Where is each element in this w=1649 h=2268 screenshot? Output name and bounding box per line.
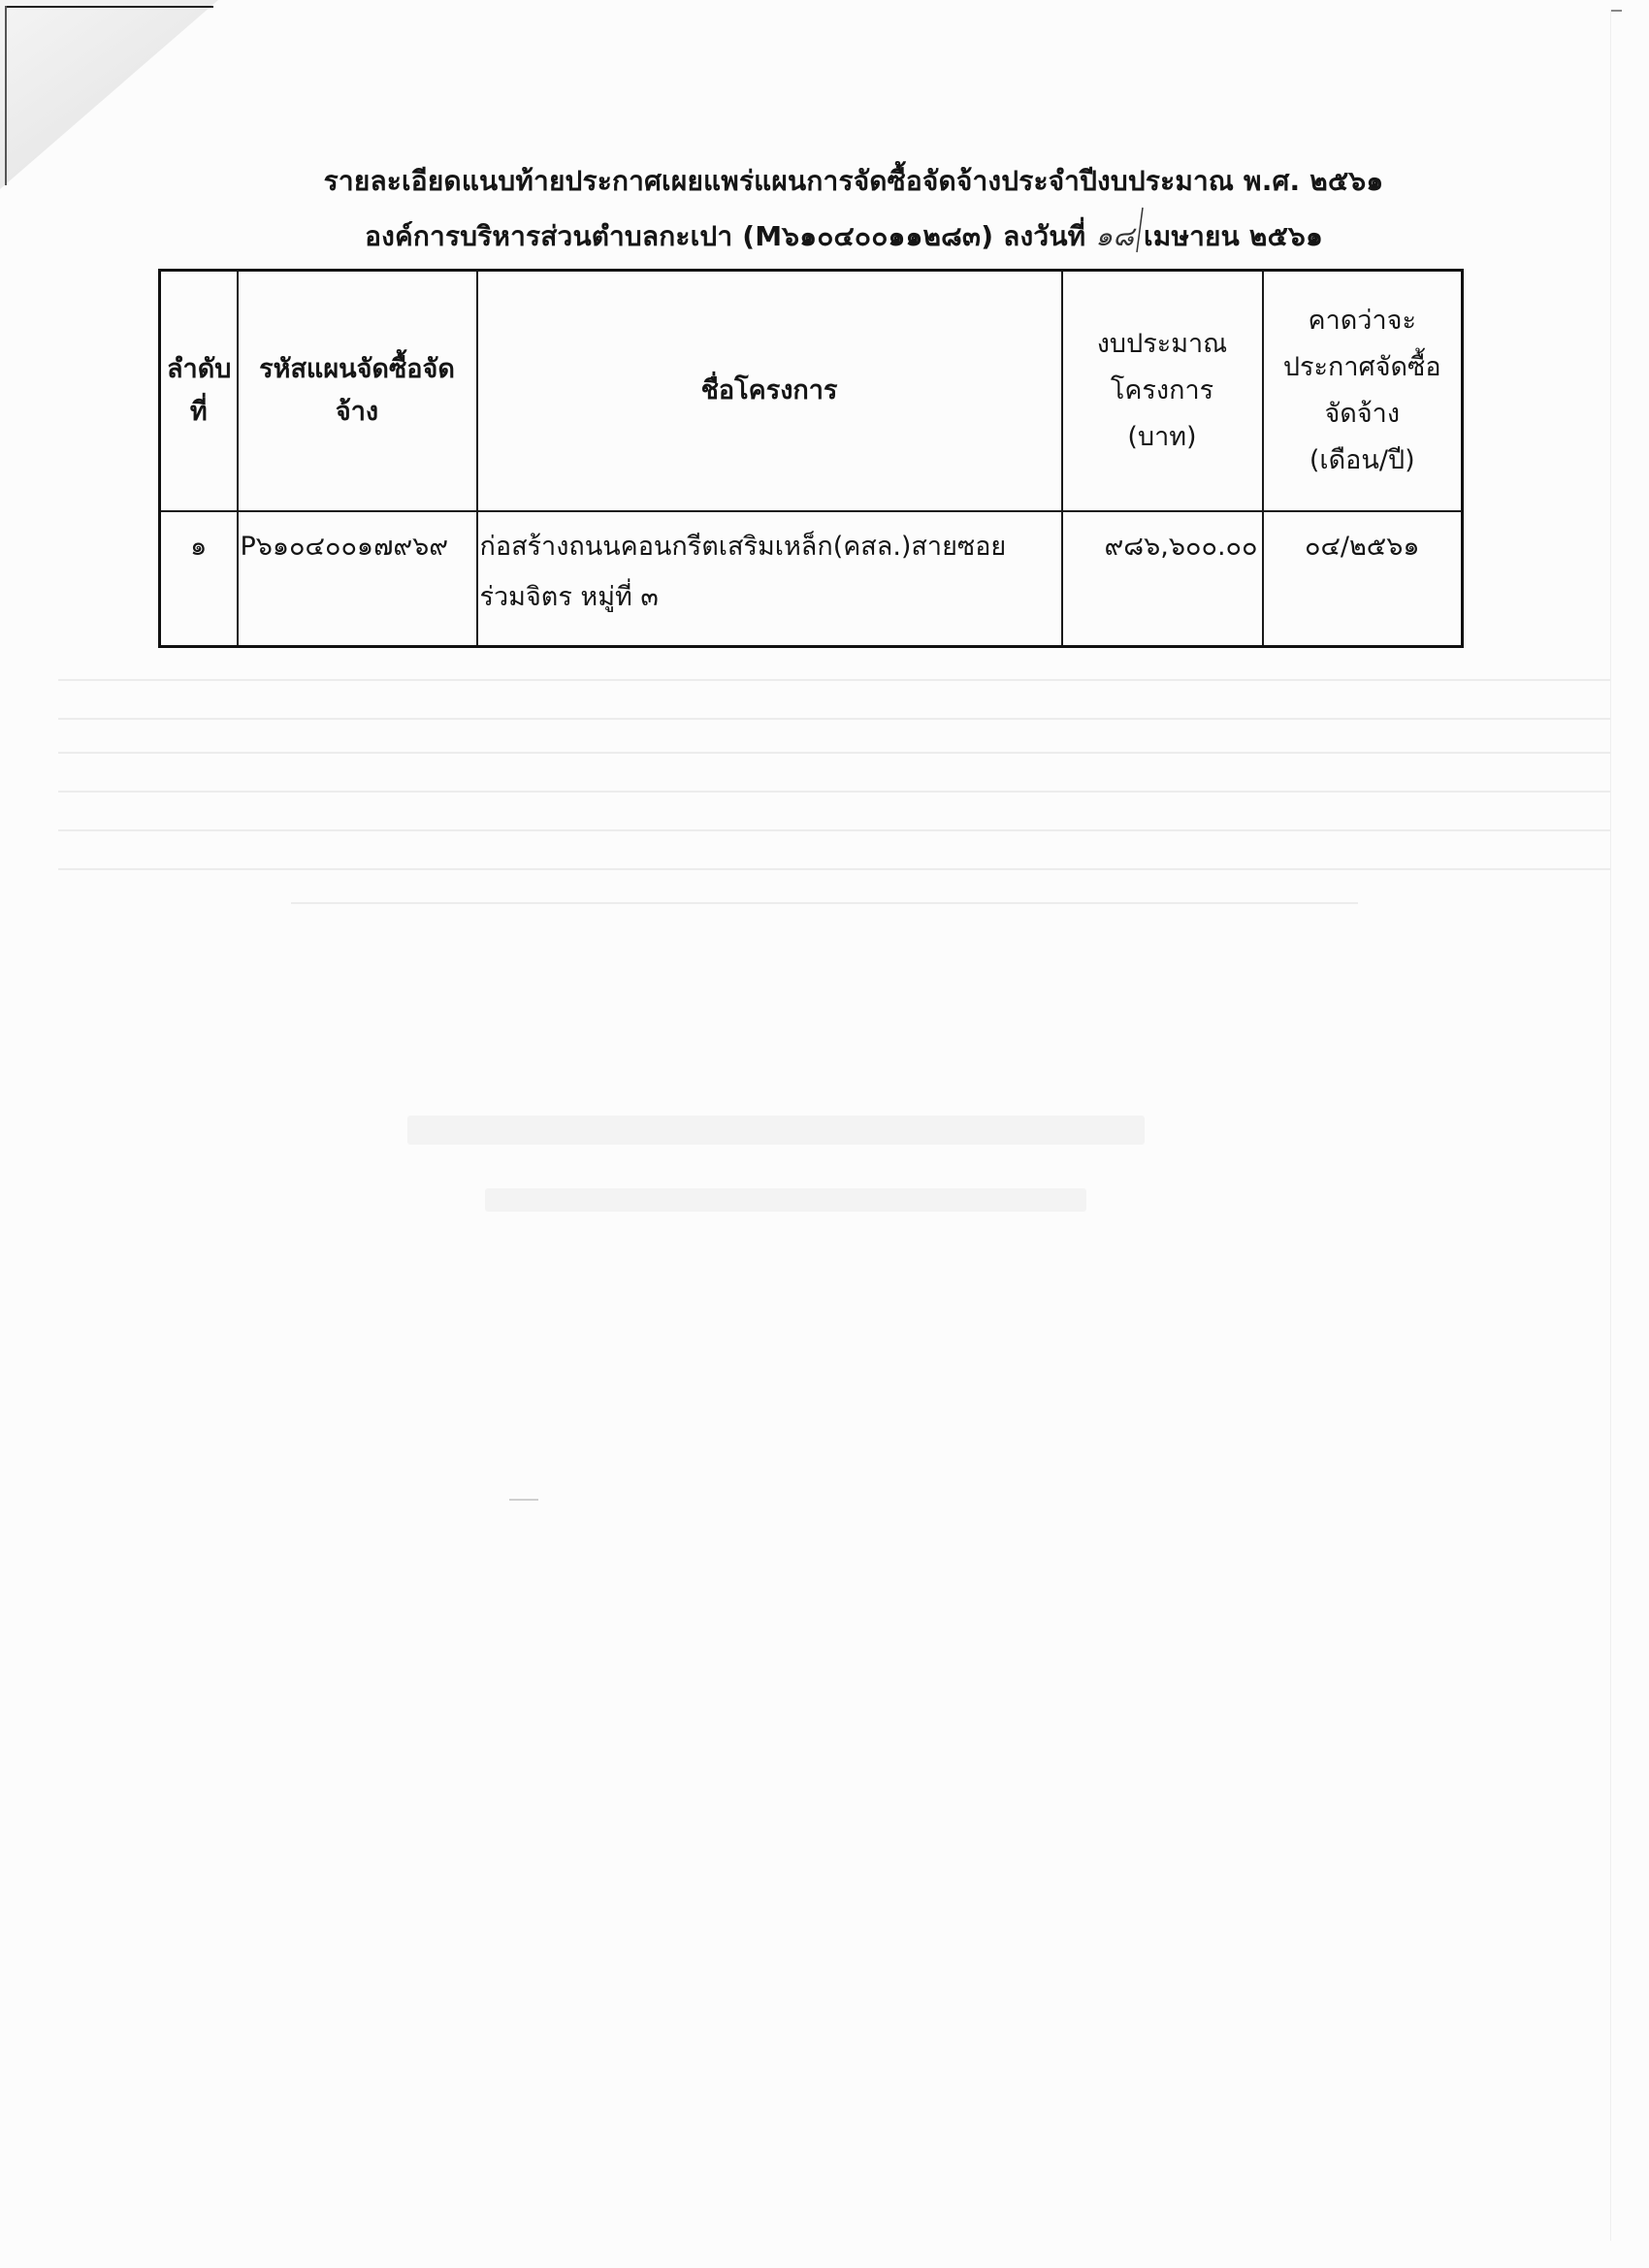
- cell-seq: ๑: [160, 511, 238, 647]
- document-subtitle: องค์การบริหารส่วนตำบลกะเปา (M๖๑๐๔๐๐๑๑๒๘๓…: [19, 215, 1649, 258]
- bleed-through-line: [58, 718, 1610, 720]
- page-edge: [5, 6, 7, 185]
- scanned-page: รายละเอียดแนบท้ายประกาศเผยแพร่แผนการจัดซ…: [0, 0, 1649, 2268]
- bleed-through-text: [407, 1116, 1145, 1145]
- bleed-through-line: [58, 868, 1610, 870]
- bleed-through-text: [485, 1188, 1086, 1212]
- header-expected-month: คาดว่าจะ ประกาศจัดซื้อ จัดจ้าง (เดือน/ปี…: [1263, 271, 1463, 512]
- header-project-name: ชื่อโครงการ: [477, 271, 1062, 512]
- bleed-through-line: [58, 791, 1610, 793]
- cell-project-name: ก่อสร้างถนนคอนกรีตเสริมเหล็ก(คสล.)สายซอย…: [477, 511, 1062, 647]
- scan-edge: [1610, 10, 1611, 2241]
- table-row: ๑ P๖๑๐๔๐๐๑๗๙๖๙ ก่อสร้างถนนคอนกรีตเสริมเห…: [160, 511, 1463, 647]
- header-plan-code: รหัสแผนจัดซื้อจัด จ้าง: [238, 271, 477, 512]
- page-edge: [5, 6, 213, 8]
- subtitle-prefix: องค์การบริหารส่วนตำบลกะเปา (M๖๑๐๔๐๐๑๑๒๘๓…: [365, 220, 1085, 252]
- header-seq: ลำดับ ที่: [160, 271, 238, 512]
- cell-budget: ๙๘๖,๖๐๐.๐๐: [1062, 511, 1263, 647]
- subtitle-suffix: เมษายน ๒๕๖๑: [1144, 220, 1323, 252]
- table-header-row: ลำดับ ที่ รหัสแผนจัดซื้อจัด จ้าง ชื่อโคร…: [160, 271, 1463, 512]
- bleed-through-line: [291, 902, 1358, 904]
- bleed-through-line: [58, 679, 1610, 681]
- bleed-through-line: [58, 752, 1610, 754]
- procurement-plan-table: ลำดับ ที่ รหัสแผนจัดซื้อจัด จ้าง ชื่อโคร…: [158, 269, 1464, 648]
- document-title: รายละเอียดแนบท้ายประกาศเผยแพร่แผนการจัดซ…: [29, 160, 1649, 203]
- header-budget: งบประมาณ โครงการ (บาท): [1062, 271, 1263, 512]
- scan-mark: [1610, 10, 1622, 12]
- stray-mark: [509, 1499, 538, 1501]
- cell-plan-code: P๖๑๐๔๐๐๑๗๙๖๙: [238, 511, 477, 647]
- cell-expected-month: ๐๔/๒๕๖๑: [1263, 511, 1463, 647]
- bleed-through-line: [58, 829, 1610, 831]
- signature-stroke: [1115, 206, 1154, 254]
